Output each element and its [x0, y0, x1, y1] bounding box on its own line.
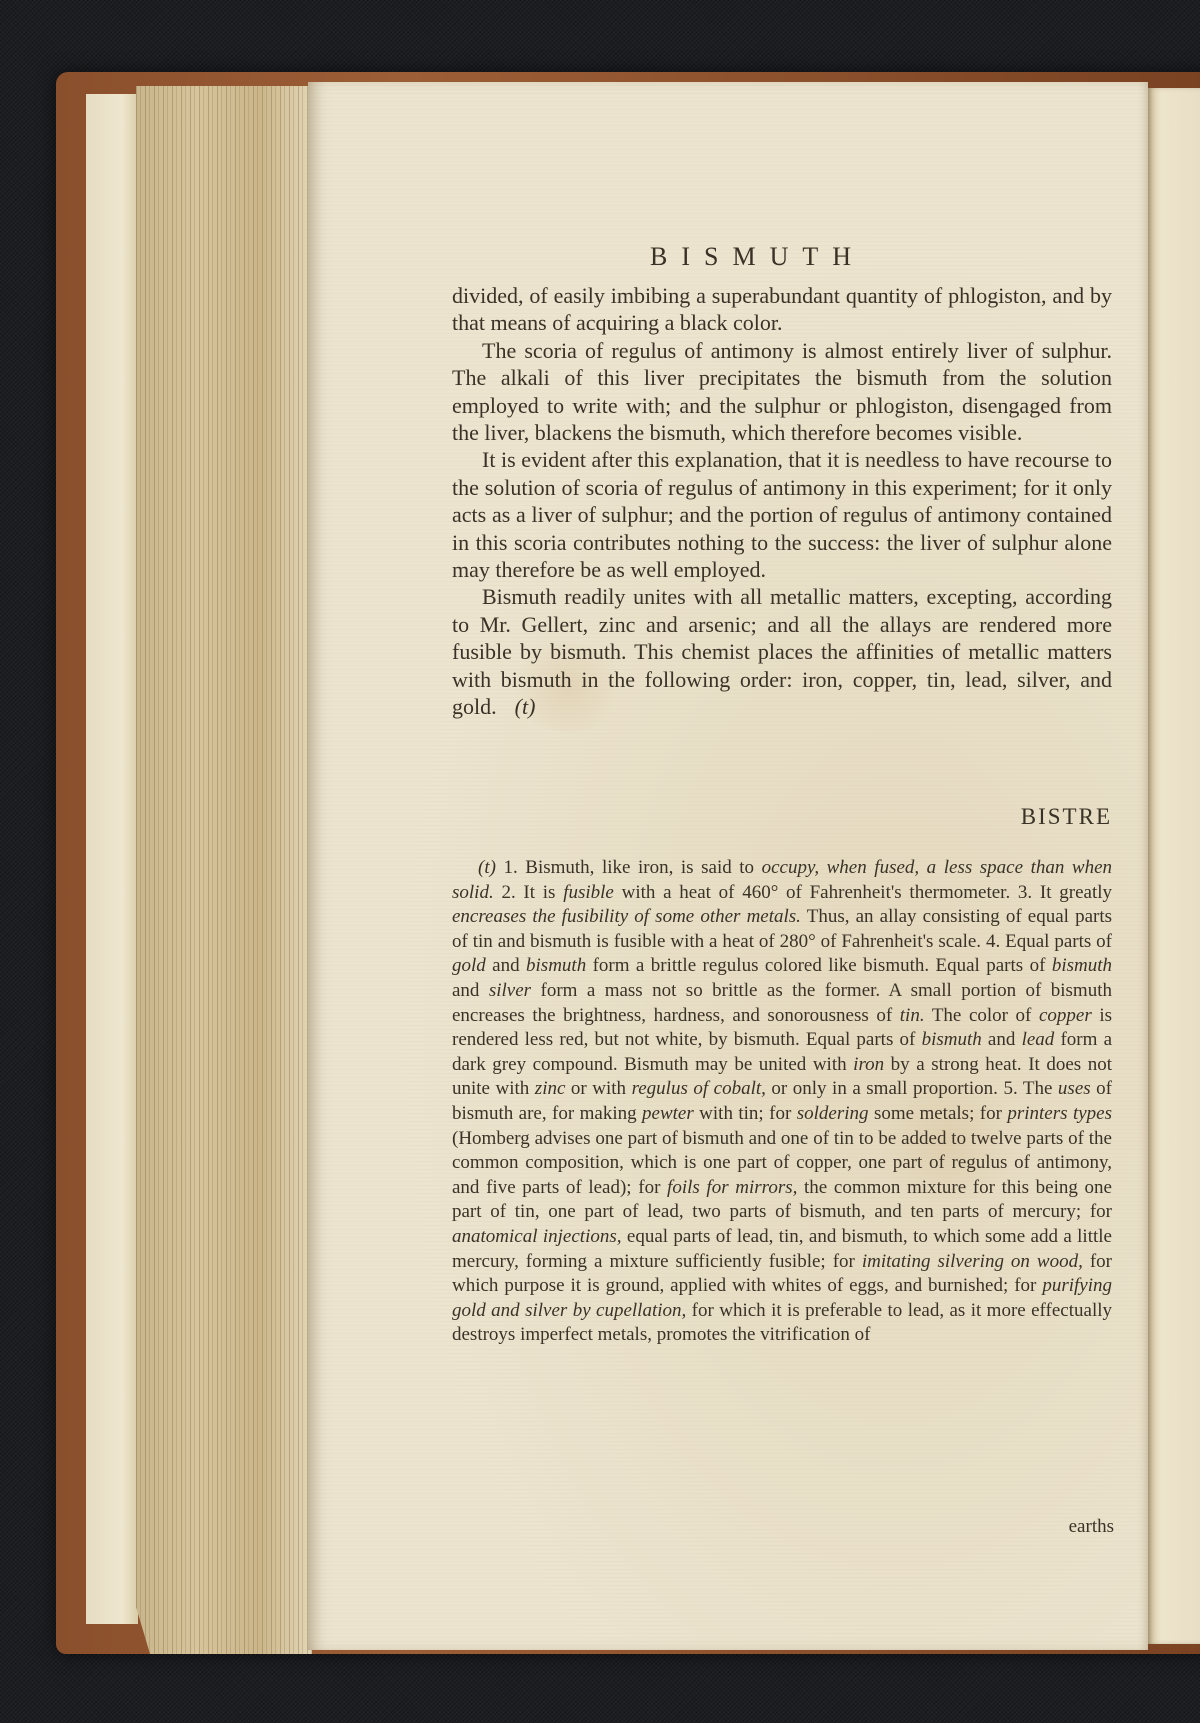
italic-text: iron [853, 1054, 884, 1075]
italic-text: bismuth [526, 955, 586, 976]
next-page-fragment [1148, 88, 1200, 1644]
text: and [486, 955, 526, 976]
footnote-body: 1. Bismuth, like iron, is said to occupy… [452, 857, 1112, 1345]
catchword-footnote: earths [1069, 1516, 1114, 1538]
text: 1. Bismuth, like iron, is said to [503, 857, 761, 878]
italic-text: foils for mirrors, [667, 1177, 797, 1198]
paragraph-with-note: Bismuth readily unites with all metallic… [452, 583, 1112, 720]
main-text: divided, of easily imbibing a superabund… [452, 282, 1112, 721]
italic-text: soldering [797, 1103, 869, 1124]
page-edges-stack [136, 86, 312, 1654]
text: some metals; for [869, 1103, 1008, 1124]
paragraph: It is evident after this explanation, th… [452, 446, 1112, 583]
text: or with [565, 1078, 631, 1099]
italic-text: printers types [1007, 1103, 1112, 1124]
italic-text: regulus of cobalt, [632, 1078, 766, 1099]
italic-text: bismuth [1052, 955, 1112, 976]
text: with tin; for [694, 1103, 797, 1124]
italic-text: encreases the fusibility of some other m… [452, 906, 801, 927]
footnote-paragraph: (t) 1. Bismuth, like iron, is said to oc… [452, 856, 1112, 1348]
endpaper-strip [86, 94, 138, 1624]
paragraph: divided, of easily imbibing a superabund… [452, 282, 1112, 337]
footnote: (t) 1. Bismuth, like iron, is said to oc… [452, 856, 1112, 1348]
italic-text: fusible [563, 882, 614, 903]
italic-text: pewter [642, 1103, 694, 1124]
italic-text: anatomical injections, [452, 1226, 622, 1247]
text: 2. It is [494, 882, 563, 903]
italic-text: silver [489, 980, 531, 1001]
paragraph-text: Bismuth readily unites with all metallic… [452, 584, 1112, 719]
paragraph: The scoria of regulus of antimony is alm… [452, 337, 1112, 447]
italic-text: uses [1058, 1078, 1091, 1099]
italic-text: gold [452, 955, 486, 976]
text: with a heat of 460° of Fahrenheit's ther… [614, 882, 1112, 903]
italic-text: imitating silvering on wood, [862, 1251, 1083, 1272]
catchword-next-entry: BISTRE [1021, 804, 1112, 830]
text: and [982, 1029, 1022, 1050]
footnote-reference: (t) [515, 694, 536, 719]
italic-text: lead [1022, 1029, 1055, 1050]
running-head: BISMUTH [650, 242, 865, 272]
italic-text: tin. [900, 1005, 925, 1026]
text: and [452, 980, 489, 1001]
footnote-marker: (t) [478, 857, 496, 878]
text: The color of [925, 1005, 1039, 1026]
text: or only in a small proportion. 5. The [766, 1078, 1058, 1099]
italic-text: copper [1039, 1005, 1092, 1026]
text: form a brittle regulus colored like bism… [586, 955, 1052, 976]
italic-text: bismuth [922, 1029, 982, 1050]
italic-text: zinc [535, 1078, 566, 1099]
